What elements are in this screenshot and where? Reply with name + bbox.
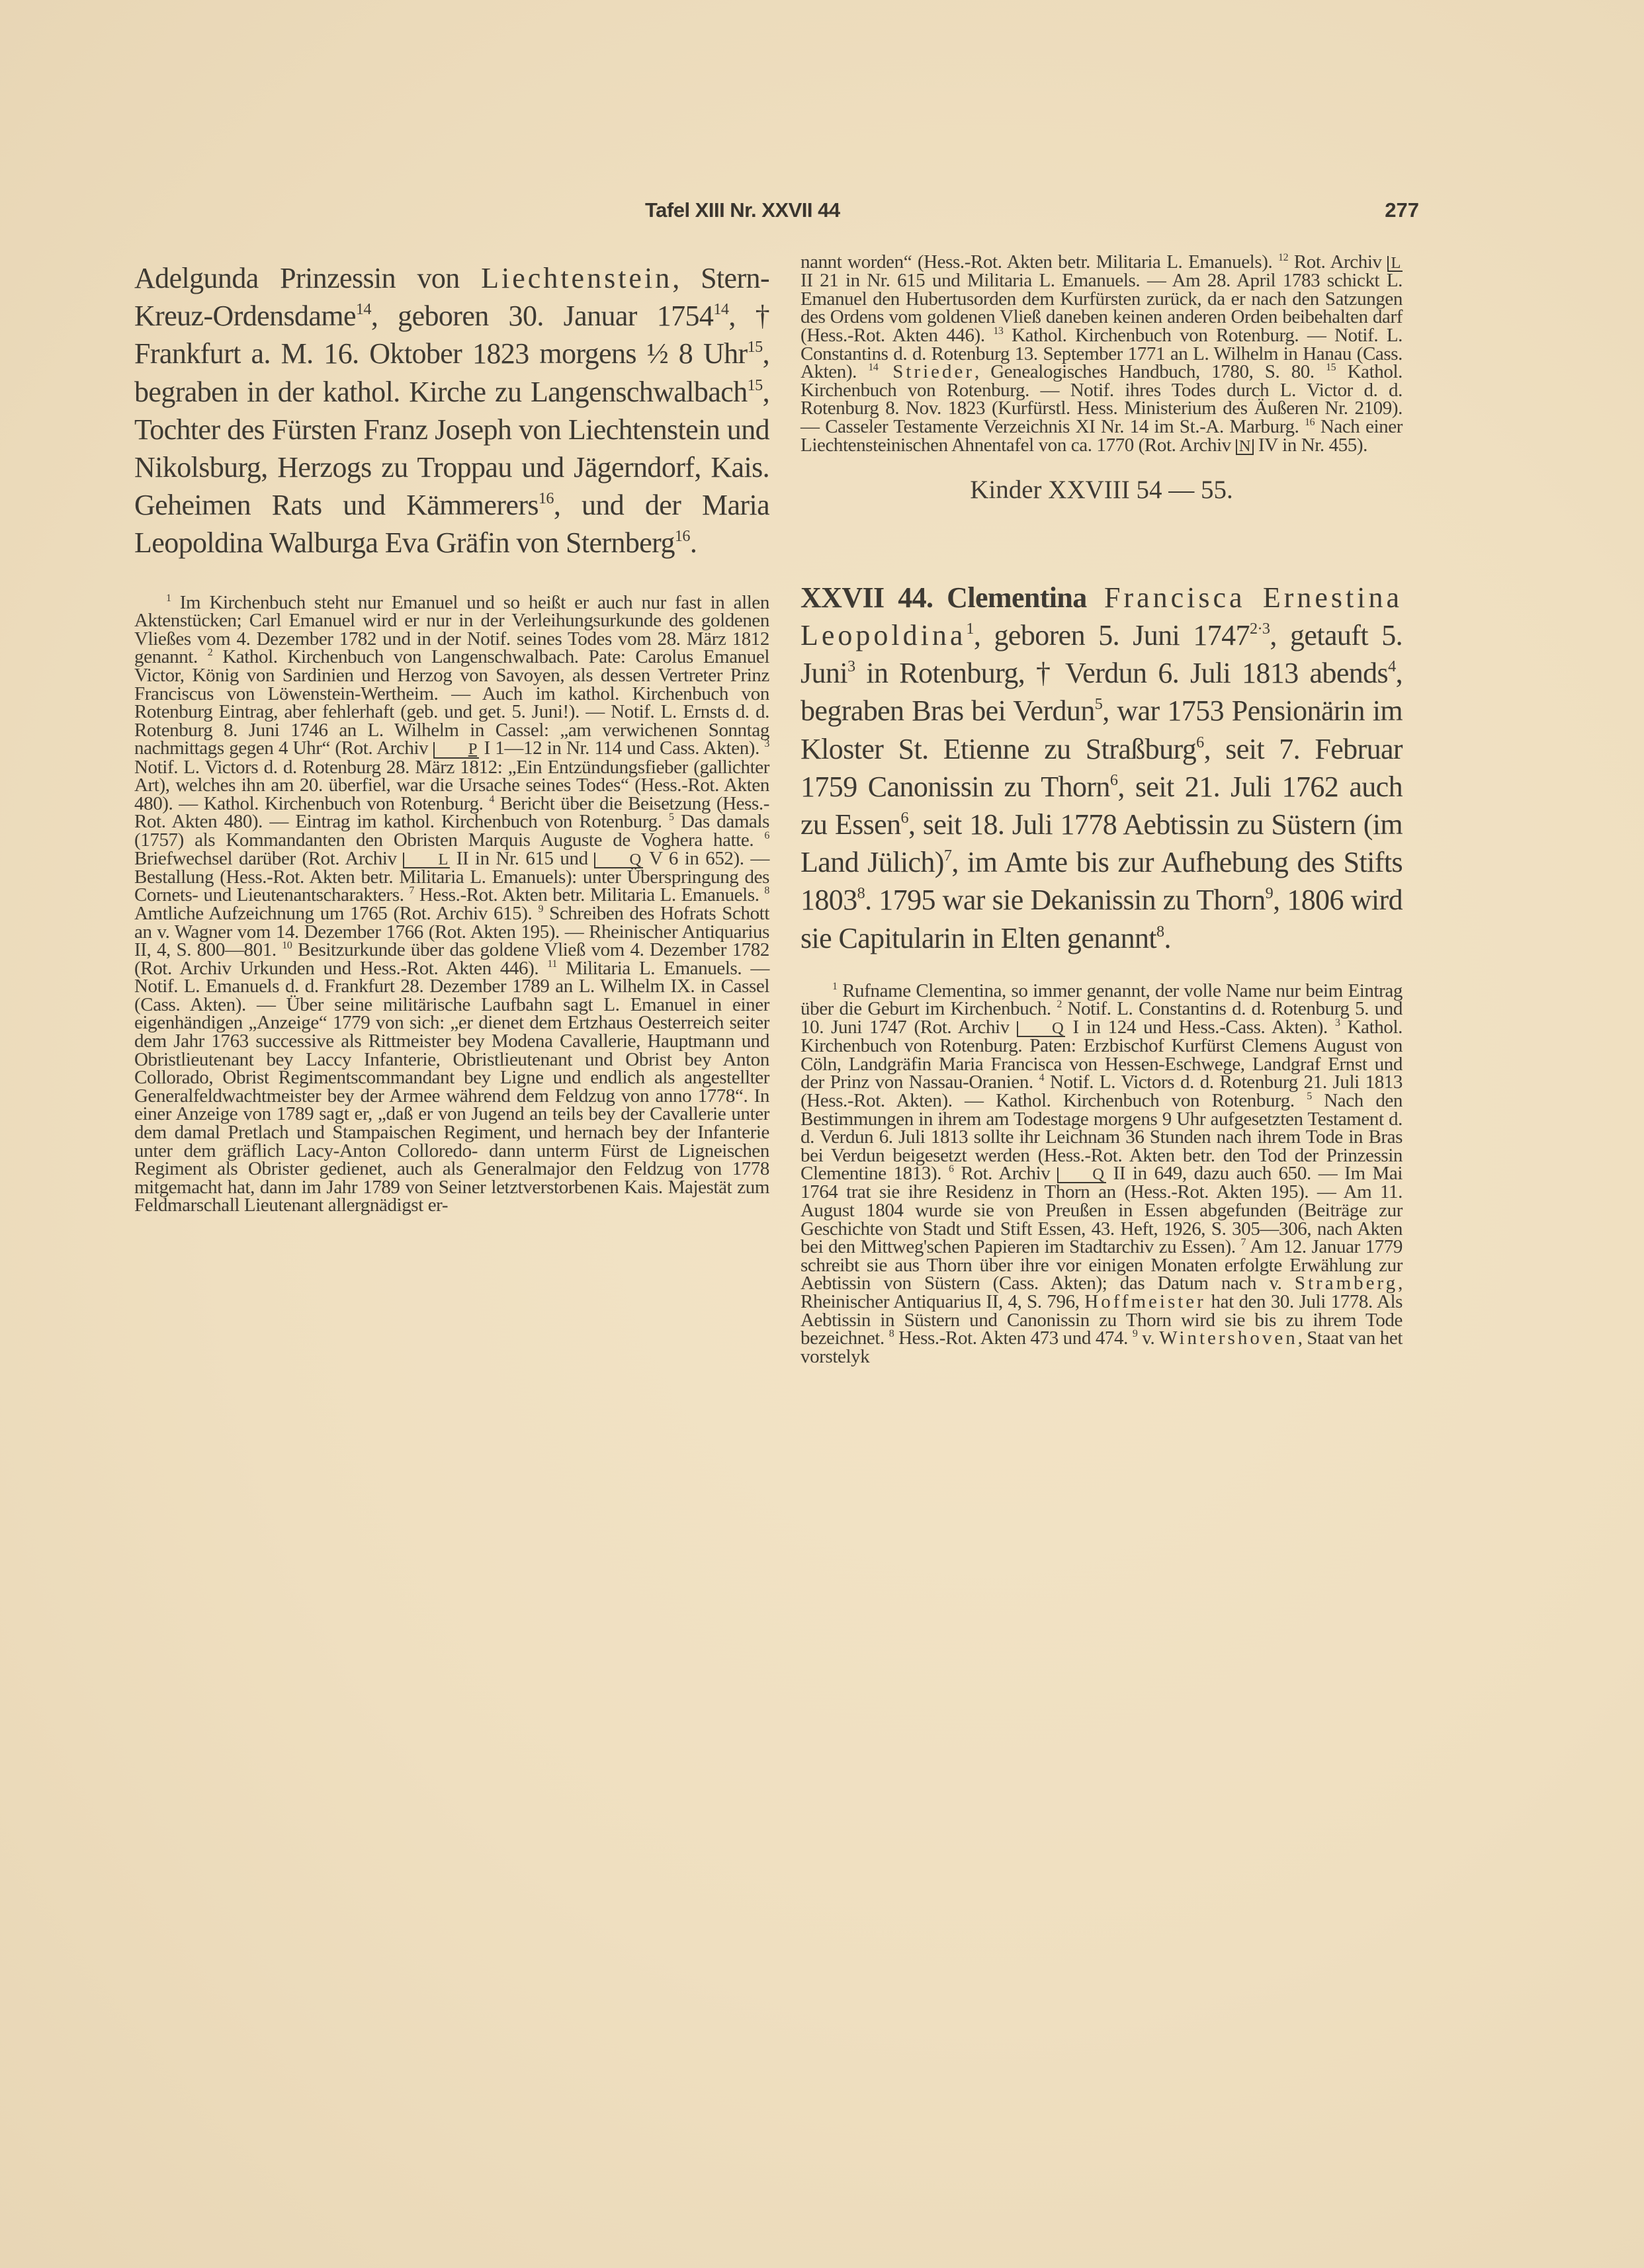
footnote-marker: 15 bbox=[1326, 362, 1336, 373]
superscript-ref: 4 bbox=[1388, 657, 1396, 675]
text-span: Hess.-Rot. Akten 473 und 474. bbox=[894, 1327, 1133, 1349]
superscript-ref: 2·3 bbox=[1250, 620, 1270, 638]
footnote-marker: 7 bbox=[409, 885, 414, 896]
text-span: Wintershoven bbox=[1159, 1327, 1298, 1349]
footnote-marker: 6 bbox=[764, 830, 769, 841]
entry-number: XXVII 44. bbox=[800, 581, 933, 614]
footnote-marker: 1 bbox=[832, 981, 838, 992]
text-span: . bbox=[1164, 922, 1171, 954]
text-span: , geboren 5. Juni 1747 bbox=[974, 619, 1250, 651]
text-span: Militaria L. Emanuels. — Notif. L. Emanu… bbox=[134, 958, 769, 1216]
superscript-ref: 6 bbox=[901, 809, 909, 827]
archive-signature-box: N bbox=[1236, 439, 1254, 455]
footnote-marker: 1 bbox=[166, 592, 171, 603]
text-span: I in 124 und Hess.-Cass. Akten). bbox=[1065, 1017, 1335, 1038]
footnote-marker: 12 bbox=[1278, 252, 1288, 263]
text-span: II in Nr. 615 und bbox=[450, 848, 594, 869]
entry-xxvii-44: XXVII 44. Clementina Francisca Ernestina… bbox=[800, 579, 1403, 957]
superscript-ref: 9 bbox=[1266, 884, 1274, 902]
text-span: Briefwechsel darüber (Rot. Archiv bbox=[134, 848, 403, 869]
text-span: I 1—12 in Nr. 114 und Cass. Akten). bbox=[479, 737, 764, 759]
superscript-ref: 16 bbox=[675, 527, 690, 545]
text-span: Rot. Archiv bbox=[954, 1163, 1058, 1184]
footnote-marker: 11 bbox=[547, 958, 557, 970]
footnote-marker: 3 bbox=[1335, 1017, 1340, 1029]
footnote-marker: 3 bbox=[764, 738, 769, 749]
footnote-marker: 4 bbox=[489, 794, 494, 805]
footnote-marker: 9 bbox=[538, 903, 543, 915]
superscript-ref: 6 bbox=[1196, 734, 1204, 751]
superscript-ref: 14 bbox=[356, 300, 371, 318]
superscript-ref: 3 bbox=[847, 657, 855, 675]
text-span: Rot. Archiv bbox=[1288, 251, 1387, 273]
running-head: Tafel XIII Nr. XXVII 44 277 bbox=[645, 198, 1419, 231]
footnote-marker: 5 bbox=[669, 812, 674, 823]
superscript-ref: 7 bbox=[944, 847, 952, 864]
footnotes-right: 1 Rufname Clementina, so immer genannt, … bbox=[800, 982, 1403, 1366]
footnote-marker: 14 bbox=[868, 362, 878, 373]
page-number: 277 bbox=[1385, 198, 1419, 222]
entry-continuation-text: Adelgunda Prinzessin von Liechtenstein, … bbox=[134, 259, 769, 562]
text-span: , geboren 30. Januar 1754 bbox=[371, 300, 713, 332]
text-span: v. bbox=[1137, 1327, 1159, 1349]
footnote-marker: 8 bbox=[764, 885, 769, 896]
right-column: nannt worden“ (Hess.-Rot. Akten betr. Mi… bbox=[800, 253, 1403, 1366]
text-span: Liechtenstein bbox=[481, 262, 672, 294]
children-reference: Kinder XXVIII 54 — 55. bbox=[800, 474, 1403, 507]
superscript-ref: 8 bbox=[857, 884, 865, 902]
superscript-ref: 8 bbox=[1156, 923, 1164, 941]
footnote-marker: 16 bbox=[1305, 417, 1315, 428]
superscript-ref: 14 bbox=[713, 300, 728, 318]
footnote-marker: 2 bbox=[1057, 999, 1062, 1010]
footnotes-left: 1 Im Kirchenbuch steht nur Emanuel und s… bbox=[134, 594, 769, 1215]
footnote-marker: 6 bbox=[949, 1163, 954, 1175]
footnote-marker: 5 bbox=[1307, 1091, 1312, 1102]
entry-name: Clementina bbox=[947, 581, 1087, 614]
text-span: . 1795 war sie Dekanissin zu Thorn bbox=[865, 884, 1266, 916]
superscript-ref: 16 bbox=[539, 489, 554, 507]
footnote-marker: 7 bbox=[1240, 1237, 1246, 1248]
superscript-ref: 15 bbox=[748, 376, 763, 394]
spacer bbox=[134, 562, 769, 594]
running-head-title: Tafel XIII Nr. XXVII 44 bbox=[645, 198, 840, 222]
text-span: Adelgunda Prinzessin von bbox=[134, 262, 481, 294]
superscript-ref: 15 bbox=[748, 338, 763, 356]
text-span: nannt worden“ (Hess.-Rot. Akten betr. Mi… bbox=[800, 251, 1278, 273]
spacer bbox=[800, 957, 1403, 982]
superscript-ref: 6 bbox=[1110, 771, 1118, 789]
superscript-ref: 1 bbox=[966, 620, 974, 638]
text-span: . bbox=[690, 526, 697, 559]
superscript-ref: 5 bbox=[1095, 695, 1103, 713]
text-span: in Rotenburg, † Verdun 6. Juli 1813 aben… bbox=[855, 657, 1388, 689]
book-page: Tafel XIII Nr. XXVII 44 277 Adelgunda Pr… bbox=[0, 0, 1644, 2268]
footnote-marker: 13 bbox=[993, 325, 1003, 337]
spacer bbox=[800, 532, 1403, 579]
footnote-marker: 10 bbox=[282, 940, 292, 951]
footnotes-continued: nannt worden“ (Hess.-Rot. Akten betr. Mi… bbox=[800, 253, 1403, 455]
text-span: IV in Nr. 455). bbox=[1254, 435, 1367, 456]
left-column: Adelgunda Prinzessin von Liechtenstein, … bbox=[134, 259, 769, 1215]
